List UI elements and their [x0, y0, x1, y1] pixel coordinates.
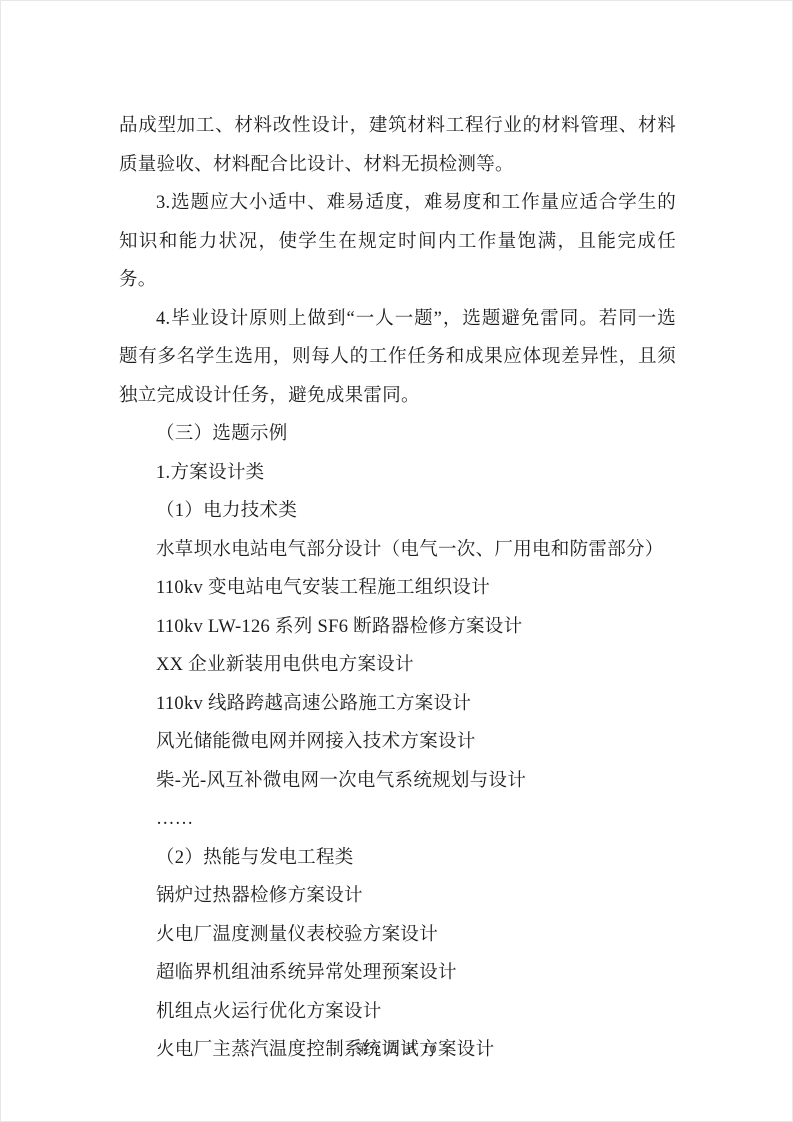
- topic-item: 机组点火运行优化方案设计: [119, 993, 676, 1032]
- topic-item: 火电厂温度测量仪表校验方案设计: [119, 916, 676, 955]
- section-heading: （三）选题示例: [119, 415, 676, 454]
- category-heading: （1）电力技术类: [119, 492, 676, 531]
- category-heading: （2）热能与发电工程类: [119, 839, 676, 878]
- topic-item: 柴-光-风互补微电网一次电气系统规划与设计: [119, 762, 676, 801]
- document-page: 品成型加工、材料改性设计，建筑材料工程行业的材料管理、材料质量验收、材料配合比设…: [0, 0, 793, 1122]
- topic-item: 水草坝水电站电气部分设计（电气一次、厂用电和防雷部分）: [119, 531, 676, 570]
- body-paragraph: 4.毕业设计原则上做到“一人一题”，选题避免雷同。若同一选题有多名学生选用，则每…: [119, 300, 676, 416]
- topic-item: 锅炉过热器检修方案设计: [119, 877, 676, 916]
- page-number-footer: 第 2 页 共 10: [1, 1041, 792, 1057]
- topic-item: 110kv 变电站电气安装工程施工组织设计: [119, 569, 676, 608]
- topic-item: 超临界机组油系统异常处理预案设计: [119, 954, 676, 993]
- ellipsis-line: ……: [119, 800, 676, 839]
- topic-item: XX 企业新装用电供电方案设计: [119, 646, 676, 685]
- body-paragraph-continued: 品成型加工、材料改性设计，建筑材料工程行业的材料管理、材料质量验收、材料配合比设…: [119, 107, 676, 184]
- topic-item: 风光储能微电网并网接入技术方案设计: [119, 723, 676, 762]
- document-body: 品成型加工、材料改性设计，建筑材料工程行业的材料管理、材料质量验收、材料配合比设…: [119, 107, 676, 1070]
- topic-item: 110kv LW-126 系列 SF6 断路器检修方案设计: [119, 608, 676, 647]
- body-paragraph: 3.选题应大小适中、难易适度，难易度和工作量应适合学生的知识和能力状况，使学生在…: [119, 184, 676, 300]
- topic-item: 110kv 线路跨越高速公路施工方案设计: [119, 685, 676, 724]
- subsection-heading: 1.方案设计类: [119, 454, 676, 493]
